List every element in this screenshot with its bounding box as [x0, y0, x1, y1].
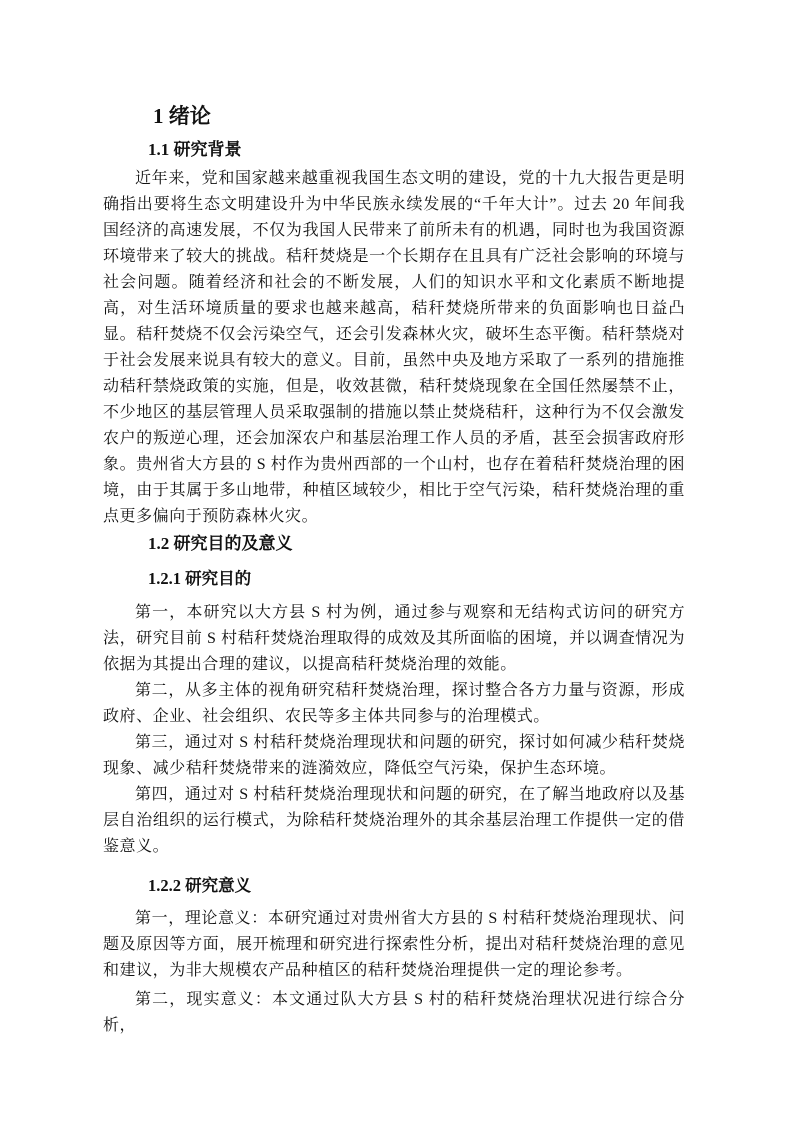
paragraph-significance-2: 第二，现实意义：本文通过队大方县 S 村的秸秆焚烧治理状况进行综合分析， [103, 987, 685, 1013]
paragraph-research-background: 近年来，党和国家越来越重视我国生态文明的建设，党的十九大报告更是明确指出要将生态… [103, 166, 685, 530]
section-heading-1-1: 1.1 研究背景 [103, 139, 685, 161]
document-page: 1 绪论 1.1 研究背景 近年来，党和国家越来越重视我国生态文明的建设，党的十… [0, 0, 793, 1122]
chapter-heading: 1 绪论 [103, 103, 685, 130]
paragraph-purpose-1: 第一，本研究以大方县 S 村为例，通过参与观察和无结构式访问的研究方法，研究目前… [103, 600, 685, 678]
section-heading-1-2: 1.2 研究目的及意义 [103, 533, 685, 555]
paragraph-purpose-3: 第三，通过对 S 村秸秆焚烧治理现状和问题的研究，探讨如何减少秸秆焚烧现象、减少… [103, 730, 685, 782]
content-area: 1 绪论 1.1 研究背景 近年来，党和国家越来越重视我国生态文明的建设，党的十… [103, 0, 685, 1013]
paragraph-significance-1: 第一，理论意义：本研究通过对贵州省大方县的 S 村秸秆焚烧治理现状、问题及原因等… [103, 906, 685, 984]
subsection-heading-1-2-1: 1.2.1 研究目的 [103, 568, 685, 590]
paragraph-purpose-4: 第四，通过对 S 村秸秆焚烧治理现状和问题的研究，在了解当地政府以及基层自治组织… [103, 782, 685, 860]
paragraph-purpose-2: 第二，从多主体的视角研究秸秆焚烧治理，探讨整合各方力量与资源，形成政府、企业、社… [103, 678, 685, 730]
subsection-heading-1-2-2: 1.2.2 研究意义 [103, 875, 685, 897]
